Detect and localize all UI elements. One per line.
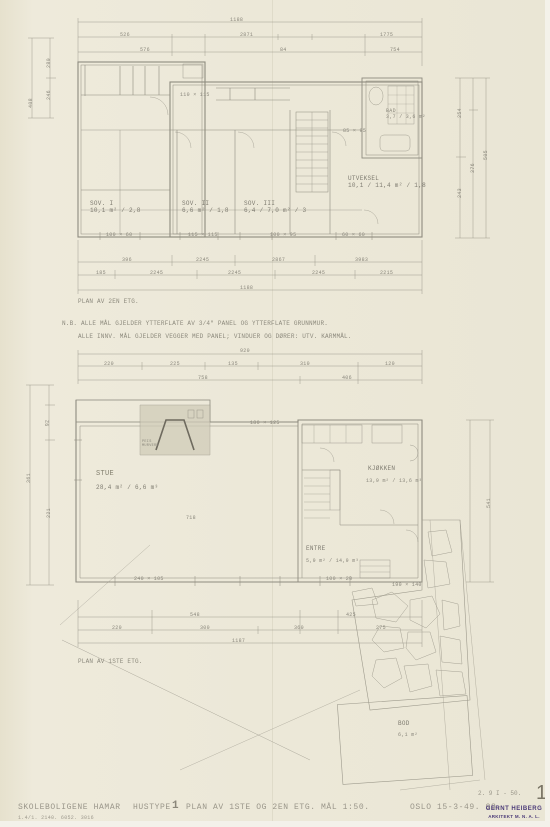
dim-bottom: 2867 xyxy=(272,257,285,263)
room-entre-area: 5,9 m² / 14,9 m³ xyxy=(306,558,359,564)
dim-bottom: 300 xyxy=(200,625,210,631)
room-stue-area: 28,4 m² / 6,6 m³ xyxy=(96,484,158,491)
note-line-1: N.B. ALLE MÅL GJELDER YTTERFLATE AV 3/4"… xyxy=(62,320,328,327)
room-entre-label: ENTRE xyxy=(306,545,326,552)
window-tag: 240 × 105 xyxy=(134,576,164,582)
room-bod-label: BOD xyxy=(398,720,410,727)
dim-top: 406 xyxy=(342,375,352,381)
dim-left: 408 xyxy=(28,98,34,108)
room-kjokken-label: KJØKKEN xyxy=(368,465,395,472)
dim-top: 576 xyxy=(140,47,150,53)
dim-bottom: 2245 xyxy=(150,270,163,276)
dim-total-top: 1188 xyxy=(230,17,243,23)
dim-left: 92 xyxy=(44,420,50,427)
room-bad: BAD3,7 / 3,6 m² xyxy=(386,108,426,120)
dim-top: 225 xyxy=(170,361,180,367)
room-sov-1: SOV. I10,1 m² / 2,8 xyxy=(90,200,141,214)
window-tag: 85 × 95 xyxy=(343,128,366,134)
dim-right: 243 xyxy=(457,188,463,198)
dim-left: 361 xyxy=(26,473,32,483)
dim-top: 526 xyxy=(120,32,130,38)
dim-bottom: 2245 xyxy=(312,270,325,276)
dim-bottom: 425 xyxy=(346,612,356,618)
dim-bottom: 360 xyxy=(294,625,304,631)
window-tag: 110 × 115 xyxy=(180,92,210,98)
dim-right: 541 xyxy=(486,498,492,508)
dim-top: 135 xyxy=(228,361,238,367)
dim-bottom: 220 xyxy=(112,625,122,631)
room-kjokken-area: 13,9 m² / 13,6 m³ xyxy=(366,478,422,484)
dim-top: 2871 xyxy=(240,32,253,38)
dim-total-bottom: 1188 xyxy=(240,285,253,291)
dim-left: 280 xyxy=(46,58,52,68)
room-bod-area: 6,1 m² xyxy=(398,732,418,738)
dim-top: 120 xyxy=(385,361,395,367)
room-utveksel: UTVEKSEL10,1 / 11,4 m² / 1,8 xyxy=(348,175,426,189)
window-tag: 60 × 60 xyxy=(342,232,365,238)
stamp-title: ARKITEKT M. N. A. L. xyxy=(484,813,544,820)
dim-top: 1775 xyxy=(380,32,393,38)
dim-bottom: 2245 xyxy=(228,270,241,276)
dim-right: 505 xyxy=(483,150,489,160)
window-tag: 100 × 20 xyxy=(326,576,352,582)
room-sov-3: SOV. III6,4 / 7,0 m² / 3 xyxy=(244,200,306,214)
dim-top: 310 xyxy=(300,361,310,367)
dim-right: 376 xyxy=(470,163,476,173)
dim-top: 758 xyxy=(198,375,208,381)
paper-edge-bottom xyxy=(0,821,550,827)
drawing-sheet: 1188 526 2871 1775 576 84 754 110 × 115 … xyxy=(0,0,550,827)
dim-bottom: 2215 xyxy=(380,270,393,276)
dim-left: 221 xyxy=(46,508,52,518)
sheet-ref-date: 2. 9 I - 50. xyxy=(478,790,521,797)
dim-top: 220 xyxy=(104,361,114,367)
room-stue-label: STUE xyxy=(96,470,114,478)
window-tag: 115 × 115 xyxy=(188,232,218,238)
floor-plans-linework xyxy=(0,0,550,827)
room-sov-2: SOV. II6,6 m² / 1,8 xyxy=(182,200,229,214)
house-type-label: HUSTYPE xyxy=(133,803,171,812)
dim-top: 754 xyxy=(390,47,400,53)
fireplace-label: PEIS MURVERK xyxy=(142,440,159,448)
note-line-2: ALLE INNV. MÅL GJELDER VEGGER MED PANEL;… xyxy=(78,333,352,340)
dim-bottom: 185 xyxy=(96,270,106,276)
window-tag: 100 × 60 xyxy=(106,232,132,238)
lower-plan-title: PLAN AV 1STE ETG. xyxy=(78,658,143,665)
dim-total-top: 920 xyxy=(240,348,250,354)
plan-description: PLAN AV 1STE OG 2EN ETG. MÅL 1:50. xyxy=(186,803,370,812)
stamp-name: GERNT HEIBERG xyxy=(484,806,544,813)
interior-dim: 718 xyxy=(186,515,196,521)
dim-bottom: 3983 xyxy=(355,257,368,263)
dim-top: 84 xyxy=(280,47,287,53)
dim-bottom: 548 xyxy=(190,612,200,618)
window-tag: 100 × 95 xyxy=(270,232,296,238)
paper-edge-right xyxy=(545,0,550,827)
dim-bottom: 396 xyxy=(122,257,132,263)
project-name: SKOLEBOLIGENE HAMAR xyxy=(18,803,121,812)
dim-bottom: 275 xyxy=(376,625,386,631)
dim-total-bottom: 1187 xyxy=(232,638,245,644)
dim-left: 246 xyxy=(46,90,52,100)
upper-plan-title: PLAN AV 2EN ETG. xyxy=(78,298,139,305)
dim-right: 254 xyxy=(457,108,463,118)
window-tag: 180 × 125 xyxy=(250,420,280,426)
architect-stamp: GERNT HEIBERG ARKITEKT M. N. A. L. xyxy=(484,806,544,820)
dim-bottom: 2245 xyxy=(196,257,209,263)
house-type-number: 1 xyxy=(172,800,179,812)
window-tag: 190 × 140 xyxy=(392,582,422,588)
